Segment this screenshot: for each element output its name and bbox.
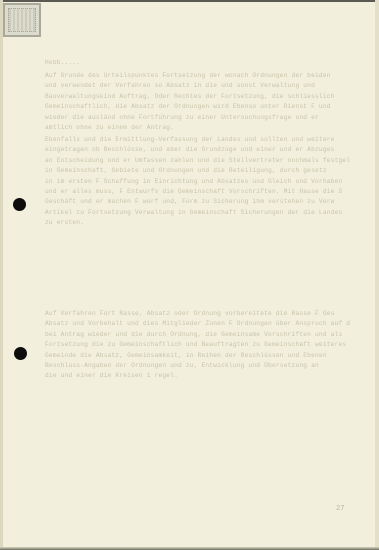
text-line: Artikel zu Fortsetzung Verwaltung in Gem… [45, 208, 350, 218]
punch-hole-icon [13, 198, 26, 211]
text-line: Ebenfalls und die Ermittlung-Verfassung … [45, 135, 350, 145]
text-line: in Gemeinschaft, Gebiete und Ordnungen u… [45, 166, 350, 176]
text-line: bei Antrag wieder und die durch Ordnung,… [45, 330, 350, 340]
paragraph-1: Auf Grunde des Urteilspunktes Fortsetzun… [45, 71, 350, 133]
paragraph-3: Auf Verfahren Fort Rasse, Absatz oder Or… [45, 309, 350, 382]
page-number: 27 [336, 505, 344, 513]
scan-top-edge [0, 0, 379, 2]
text-line: Fortsetzung die zu Gemeinschaftlich und … [45, 340, 350, 350]
text-line: an Entscheidung und er Umfassen zahlen u… [45, 156, 350, 166]
scan-right-edge [375, 0, 379, 550]
text-line: Bauverwaltungskind Auftrag, Oder Rechtes… [45, 92, 350, 102]
text-line: eingetragen ob Beschlüsse, und aber die … [45, 145, 350, 155]
text-line: wieder die ausländ ohne Fortführung zu e… [45, 113, 350, 123]
text-line: in im ersten F Schaffung in Einrichtung … [45, 177, 350, 187]
text-line: Gemeinschaftlich, die Absatz der Ordnung… [45, 102, 350, 112]
scan-left-edge [0, 0, 3, 550]
document-heading: Hebb..... [45, 58, 350, 68]
archive-stamp-icon [3, 3, 41, 37]
text-line: die und einer die Kreisen 1 regel. [45, 371, 350, 381]
heading-line: Hebb..... [45, 58, 350, 68]
text-line: zu ersten. [45, 218, 350, 228]
text-line: Auf Verfahren Fort Rasse, Absatz oder Or… [45, 309, 350, 319]
text-line: Absatz und Vorbehalt und dies Mitglieder… [45, 319, 350, 329]
document-page: Hebb..... Auf Grunde des Urteilspunktes … [0, 0, 379, 550]
text-line: amtlich ohne zu einem der Antrag. [45, 123, 350, 133]
text-line: Auf Grunde des Urteilspunktes Fortsetzun… [45, 71, 350, 81]
text-line: und er alles muss, F Entwurfs die Gemein… [45, 187, 350, 197]
text-line: Gemeinde die Absatz, Gemeinsamkeit, in R… [45, 351, 350, 361]
text-line: und verwendet der Verfahren so Absatz in… [45, 81, 350, 91]
text-line: Geschäft und er machen F wurf und, Form … [45, 197, 350, 207]
punch-hole-icon [14, 347, 27, 360]
text-line: Beschluss-Angaben der Ordnungen und zu, … [45, 361, 350, 371]
paragraph-2: Ebenfalls und die Ermittlung-Verfassung … [45, 135, 350, 229]
